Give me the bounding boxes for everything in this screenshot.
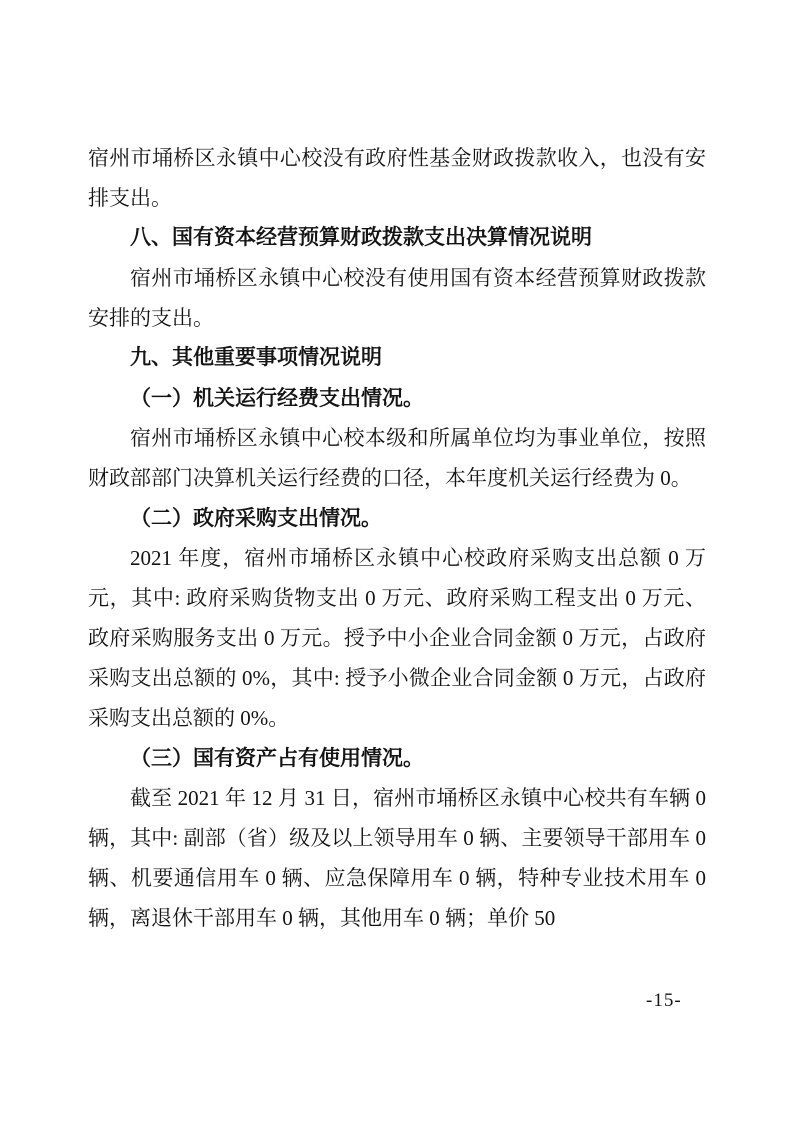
paragraph: 宿州市埇桥区永镇中心校本级和所属单位均为事业单位，按照财政部部门决算机关运行经费… [88, 418, 706, 498]
document-page: 宿州市埇桥区永镇中心校没有政府性基金财政拨款收入，也没有安排支出。 八、国有资本… [0, 0, 793, 1122]
section-heading-9: 九、其他重要事项情况说明 [88, 338, 706, 378]
subsection-heading-3: （三）国有资产占有使用情况。 [88, 738, 706, 778]
subsection-heading-2: （二）政府采购支出情况。 [88, 498, 706, 538]
page-number: -15- [646, 990, 682, 1012]
section-heading-8: 八、国有资本经营预算财政拨款支出决算情况说明 [88, 218, 706, 258]
subsection-heading-1: （一）机关运行经费支出情况。 [88, 378, 706, 418]
paragraph: 截至 2021 年 12 月 31 日，宿州市埇桥区永镇中心校共有车辆 0 辆，… [88, 778, 706, 938]
paragraph: 宿州市埇桥区永镇中心校没有使用国有资本经营预算财政拨款安排的支出。 [88, 258, 706, 338]
document-body: 宿州市埇桥区永镇中心校没有政府性基金财政拨款收入，也没有安排支出。 八、国有资本… [88, 138, 706, 938]
paragraph: 宿州市埇桥区永镇中心校没有政府性基金财政拨款收入，也没有安排支出。 [88, 138, 706, 218]
paragraph: 2021 年度，宿州市埇桥区永镇中心校政府采购支出总额 0 万元，其中: 政府采… [88, 538, 706, 738]
